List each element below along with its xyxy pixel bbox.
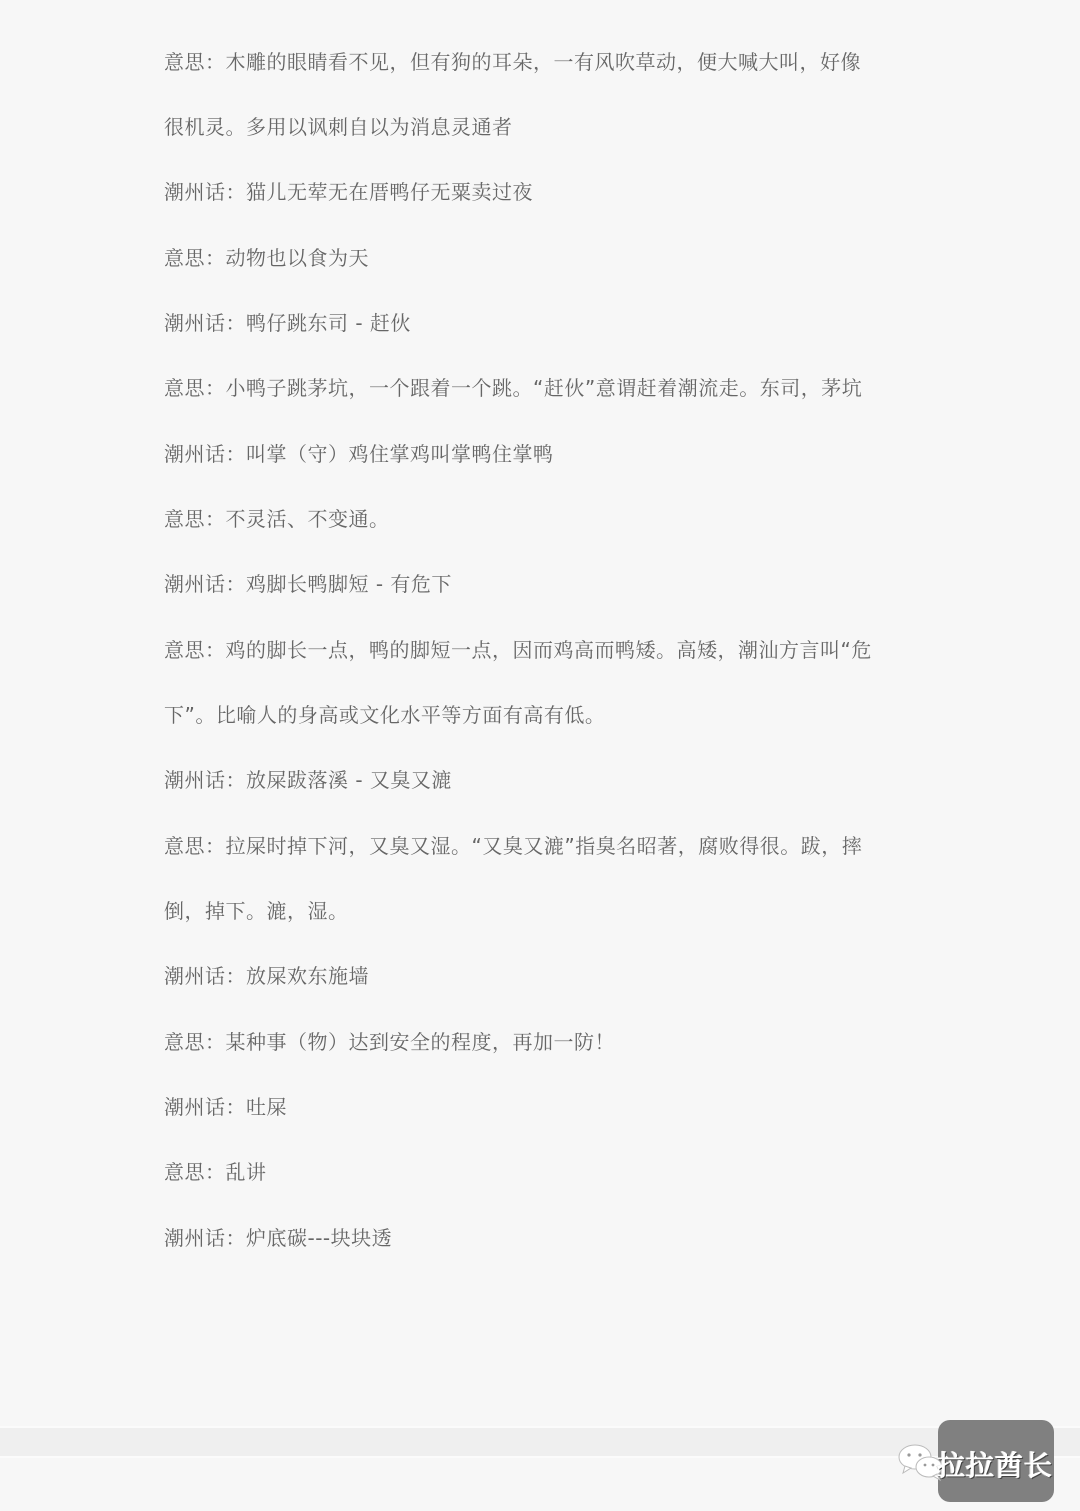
account-name: 拉拉酋长 [937, 1444, 1053, 1484]
paragraph: 意思：不灵活、不变通。 [164, 506, 390, 532]
paragraph: 潮州话：放屎欢东施墙 [164, 963, 369, 989]
account-watermark: 拉拉酋长 [895, 1420, 1060, 1504]
paragraph: 潮州话：鸭仔跳东司 - 赶伙 [164, 310, 411, 336]
paragraph: 意思：小鸭子跳茅坑，一个跟着一个跳。“赶伙”意谓赶着潮流走。东司，茅坑 [164, 375, 862, 401]
paragraph: 潮州话：猫儿无荤无在厝鸭仔无粟卖过夜 [164, 179, 533, 205]
paragraph: 潮州话：鸡脚长鸭脚短 - 有危下 [164, 571, 452, 597]
paragraph: 潮州话：炉底碳---块块透 [164, 1225, 392, 1251]
paragraph: 下”。比喻人的身高或文化水平等方面有高有低。 [164, 702, 605, 728]
paragraph: 潮州话：吐屎 [164, 1094, 287, 1120]
paragraph: 潮州话：放屎跋落溪 - 又臭又漉 [164, 767, 452, 793]
paragraph: 意思：乱讲 [164, 1159, 267, 1185]
paragraph: 很机灵。多用以讽刺自以为消息灵通者 [164, 114, 513, 140]
paragraph: 意思：拉屎时掉下河，又臭又湿。“又臭又漉”指臭名昭著，腐败得很。跋，摔 [164, 833, 862, 859]
paragraph: 意思：鸡的脚长一点，鸭的脚短一点，因而鸡高而鸭矮。高矮，潮汕方言叫“危 [164, 637, 872, 663]
paragraph: 意思：动物也以食为天 [164, 245, 369, 271]
paragraph: 倒，掉下。漉，湿。 [164, 898, 349, 924]
paragraph: 潮州话：叫掌（守）鸡住掌鸡叫掌鸭住掌鸭 [164, 441, 554, 467]
paragraph: 意思：某种事（物）达到安全的程度，再加一防！ [164, 1029, 615, 1055]
paragraph: 意思：木雕的眼睛看不见，但有狗的耳朵，一有风吹草动，便大喊大叫，好像 [164, 49, 861, 75]
